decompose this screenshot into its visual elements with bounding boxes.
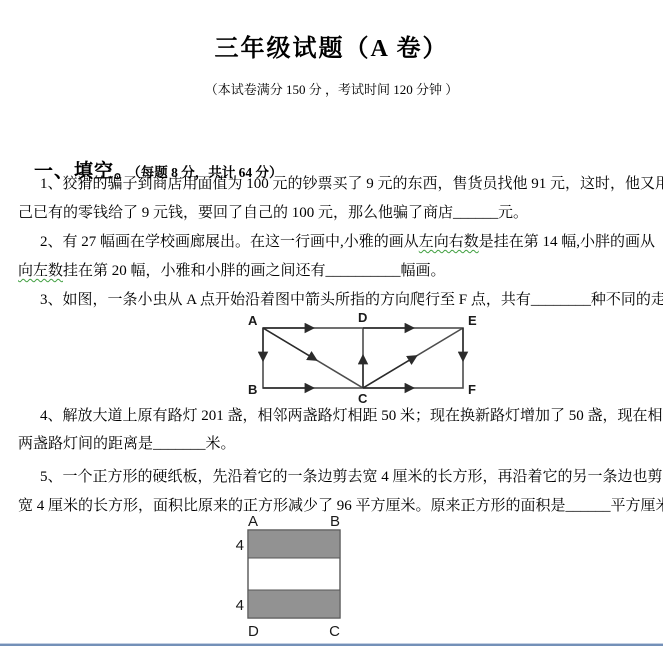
question-1-line-2: 己已有的零钱给了 9 元钱，要回了自己的 100 元，那么他骗了商店______… <box>18 203 650 223</box>
walk-vertex-label-b: B <box>248 382 257 397</box>
question-2-line-1: 2、有 27 幅画在学校画廊展出。在这一行画中,小雅的画从左向右数是挂在第 14… <box>18 232 663 252</box>
walk-vertex-label-d: D <box>358 310 367 325</box>
walk-paths-diagram: A D E B C F <box>246 310 480 406</box>
question-5-line-2: 宽 4 厘米的长方形，面积比原来的正方形减少了 96 平方厘米。原来正方形的面积… <box>18 496 650 516</box>
grammar-check-underline: 左向右数 <box>419 234 479 250</box>
question-4-line-2: 两盏路灯间的距离是_______米。 <box>18 434 650 454</box>
square-vertex-label-d: D <box>248 623 259 640</box>
strip-width-label-top: 4 <box>236 537 244 554</box>
square-vertex-label-c: C <box>329 623 340 640</box>
window-bottom-border <box>0 642 663 646</box>
question-3-line-1: 3、如图，一条小虫从 A 点开始沿着图中箭头所指的方向爬行至 F 点，共有___… <box>18 290 663 310</box>
grammar-check-underline: 向左数 <box>18 263 63 279</box>
walk-vertex-label-f: F <box>468 382 476 397</box>
question-2-text: 2、有 27 幅画在学校画廊展出。在这一行画中,小雅的画从 <box>40 234 419 250</box>
walk-vertex-label-e: E <box>468 313 477 328</box>
question-2-line-2: 向左数挂在第 20 幅，小雅和小胖的画之间还有__________幅画。 <box>18 261 650 281</box>
strip-width-label-bottom: 4 <box>236 597 244 614</box>
question-4-line-1: 4、解放大道上原有路灯 201 盏，相邻两盏路灯相距 50 米；现在换新路灯增加… <box>18 406 663 426</box>
walk-vertex-label-a: A <box>248 313 258 328</box>
walk-vertex-label-c: C <box>358 391 368 406</box>
question-1-line-1: 1、狡猾的骗子到商店用面值为 100 元的钞票买了 9 元的东西，售货员找他 9… <box>18 174 663 194</box>
square-cut-diagram: A B D C 4 4 <box>222 514 372 642</box>
page-subtitle: （本试卷满分 150 分 ，考试时间 120 分钟 ） <box>0 79 663 98</box>
question-2-text: 是挂在第 14 幅,小胖的画从 右 <box>479 234 663 250</box>
question-2-text: 挂在第 20 幅，小雅和小胖的画之间还有__________幅画。 <box>63 263 446 279</box>
exam-document: 三年级试题（A 卷） （本试卷满分 150 分 ，考试时间 120 分钟 ） 一… <box>0 0 663 649</box>
square-vertex-label-b: B <box>330 514 340 530</box>
page-title: 三年级试题（A 卷） <box>0 28 663 63</box>
question-5-line-1: 5、一个正方形的硬纸板，先沿着它的一条边剪去宽 4 厘米的长方形，再沿着它的另一… <box>18 467 663 487</box>
square-diagram-shapes <box>248 530 340 618</box>
square-vertex-label-a: A <box>248 514 258 530</box>
